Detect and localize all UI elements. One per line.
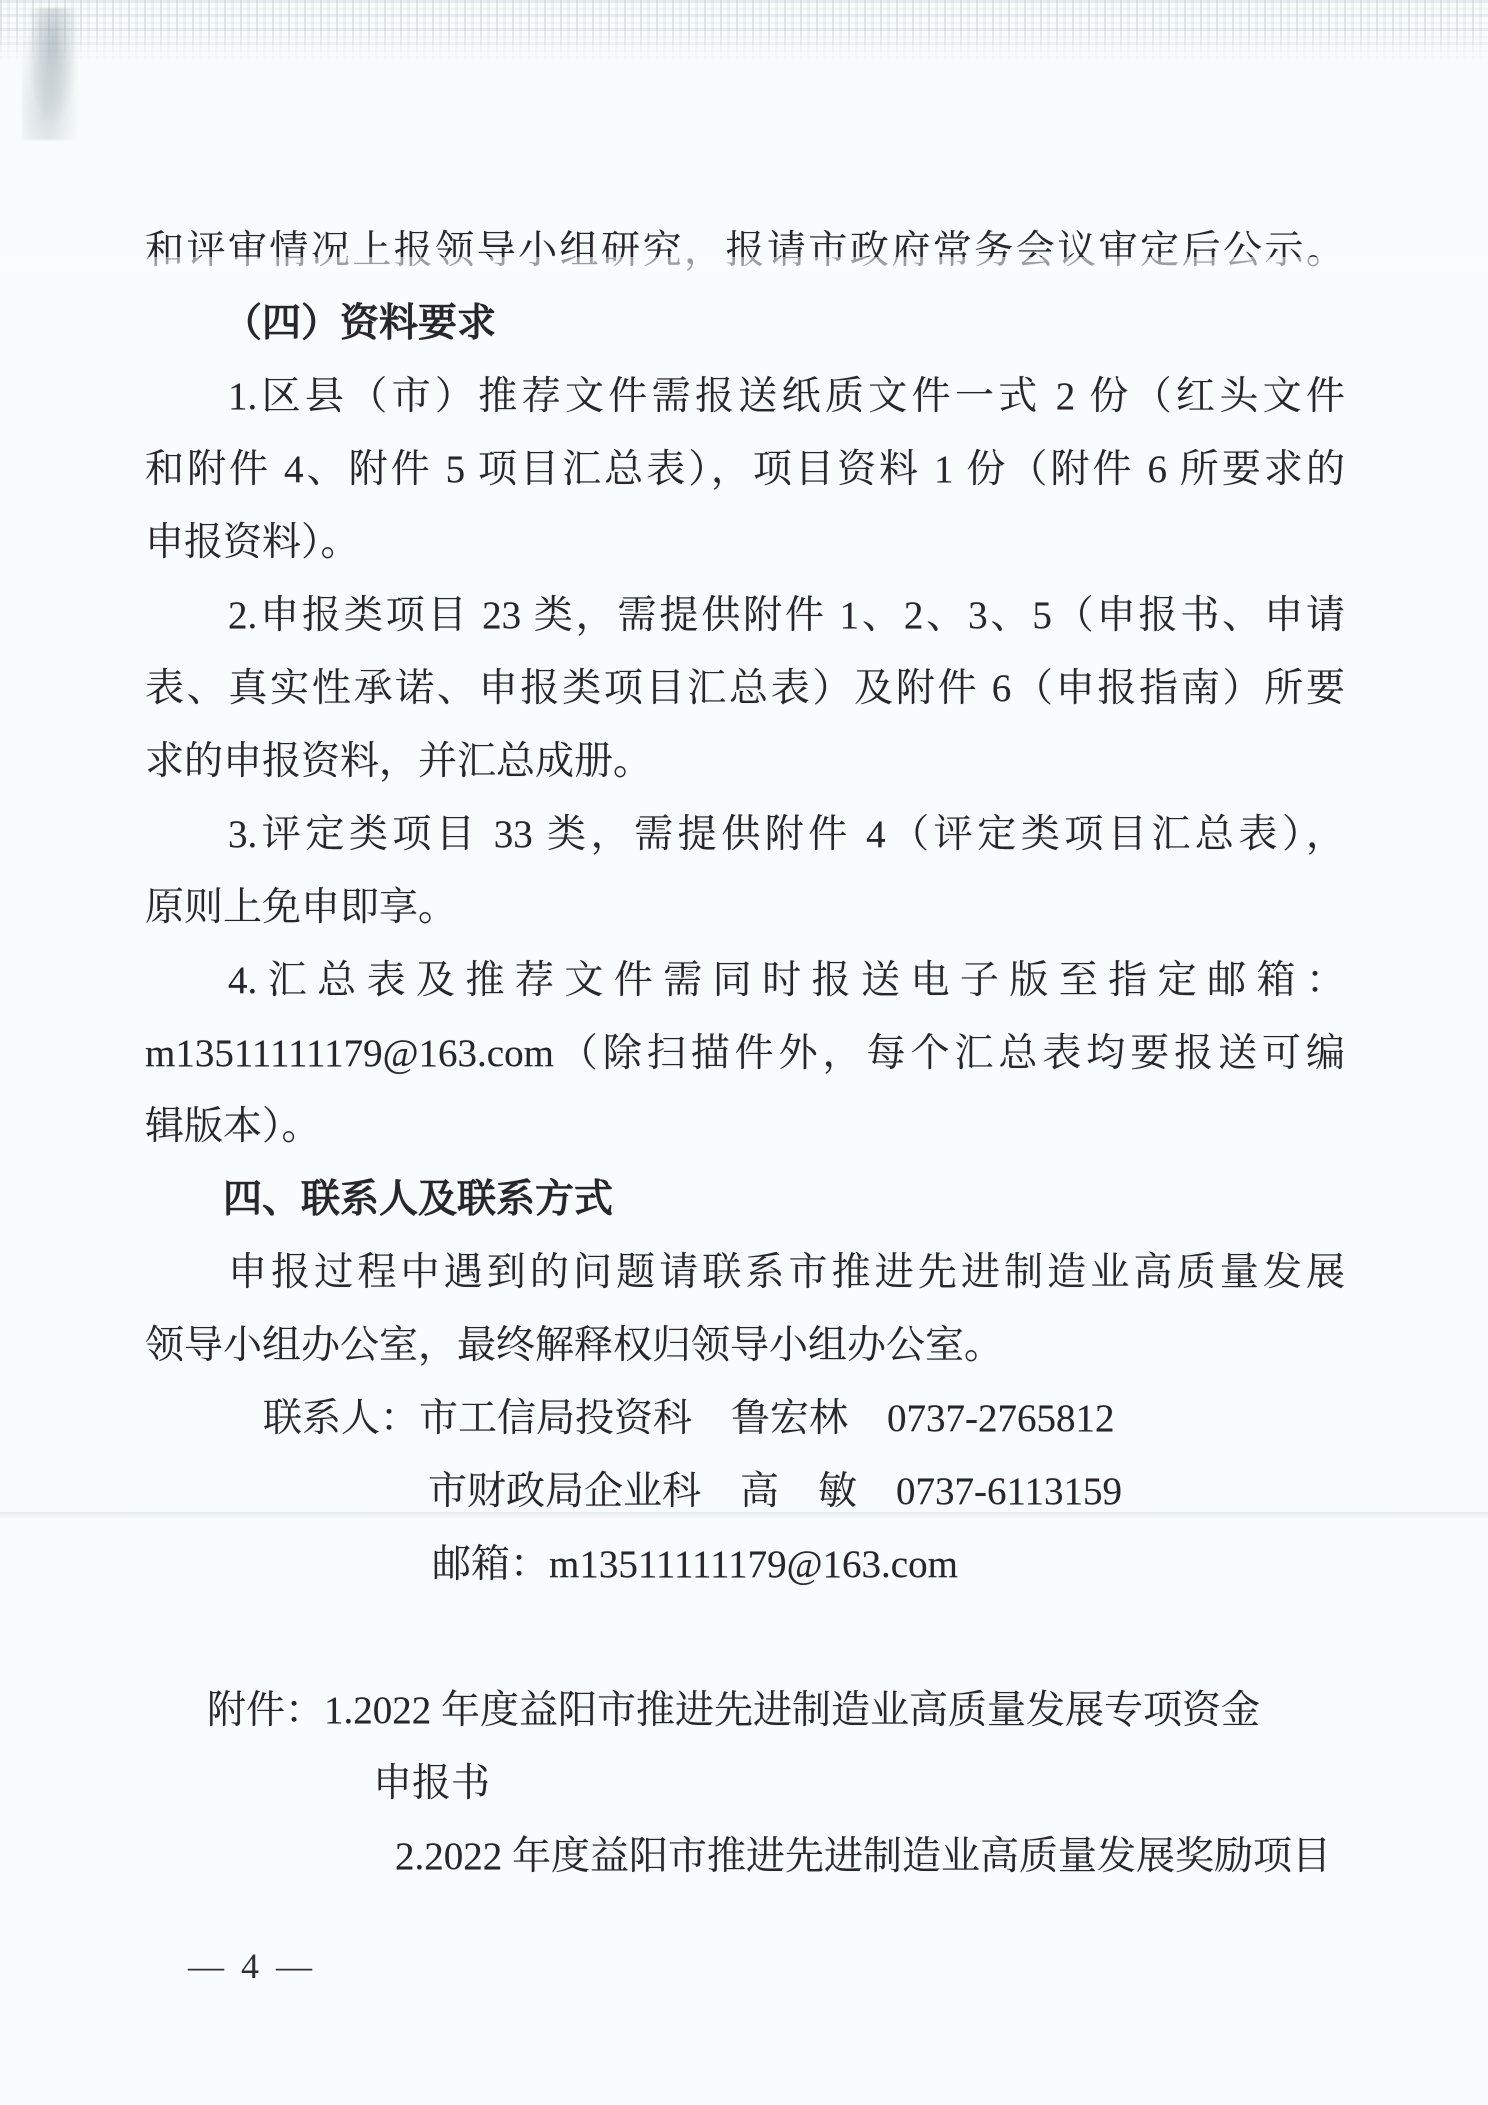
document-line: 邮箱：m13511111179@163.com xyxy=(432,1528,1345,1601)
scanned-document: { "page": { "page_number": "— 4 —", "bac… xyxy=(0,0,1488,2105)
document-line: 联系人：市工信局投资科 鲁宏林 0737-2765812 xyxy=(263,1382,1345,1455)
document-body: 和评审情况上报领导小组研究，报请市政府常务会议审定后公示。（四）资料要求1.区县… xyxy=(145,214,1345,1893)
document-line: 和评审情况上报领导小组研究，报请市政府常务会议审定后公示。 xyxy=(145,214,1345,287)
document-line: 3.评定类项目 33 类，需提供附件 4（评定类项目汇总表）， xyxy=(228,798,1345,871)
document-line: 附件：1.2022 年度益阳市推进先进制造业高质量发展专项资金 xyxy=(207,1674,1345,1747)
document-line: 申报书 xyxy=(373,1747,1345,1820)
document-line: 市财政局企业科 高 敏 0737-6113159 xyxy=(428,1455,1345,1528)
document-line: 表、真实性承诺、申报类项目汇总表）及附件 6（申报指南）所要 xyxy=(145,652,1345,725)
page-number: — 4 — xyxy=(188,1945,316,1987)
document-line: 申报过程中遇到的问题请联系市推进先进制造业高质量发展 xyxy=(228,1236,1345,1309)
document-line: 和附件 4、附件 5 项目汇总表），项目资料 1 份（附件 6 所要求的 xyxy=(145,433,1345,506)
document-line: 领导小组办公室，最终解释权归领导小组办公室。 xyxy=(145,1309,1345,1382)
document-line: 辑版本）。 xyxy=(145,1090,1345,1163)
document-page: 和评审情况上报领导小组研究，报请市政府常务会议审定后公示。（四）资料要求1.区县… xyxy=(0,0,1488,2105)
document-line xyxy=(145,1601,1345,1674)
scan-smudge xyxy=(22,8,84,140)
document-line: 2.2022 年度益阳市推进先进制造业高质量发展奖励项目 xyxy=(395,1820,1345,1893)
document-line: 求的申报资料，并汇总成册。 xyxy=(145,725,1345,798)
document-line: 四、联系人及联系方式 xyxy=(223,1163,1345,1236)
document-line: 1.区县（市）推荐文件需报送纸质文件一式 2 份（红头文件 xyxy=(228,360,1345,433)
document-line: 4.汇总表及推荐文件需同时报送电子版至指定邮箱： xyxy=(228,944,1345,1017)
document-line: m13511111179@163.com（除扫描件外，每个汇总表均要报送可编 xyxy=(145,1017,1345,1090)
scan-noise-band xyxy=(0,0,1488,64)
document-line: 申报资料）。 xyxy=(145,506,1345,579)
document-line: 原则上免申即享。 xyxy=(145,871,1345,944)
document-line: （四）资料要求 xyxy=(223,287,1345,360)
document-line: 2.申报类项目 23 类，需提供附件 1、2、3、5（申报书、申请 xyxy=(228,579,1345,652)
